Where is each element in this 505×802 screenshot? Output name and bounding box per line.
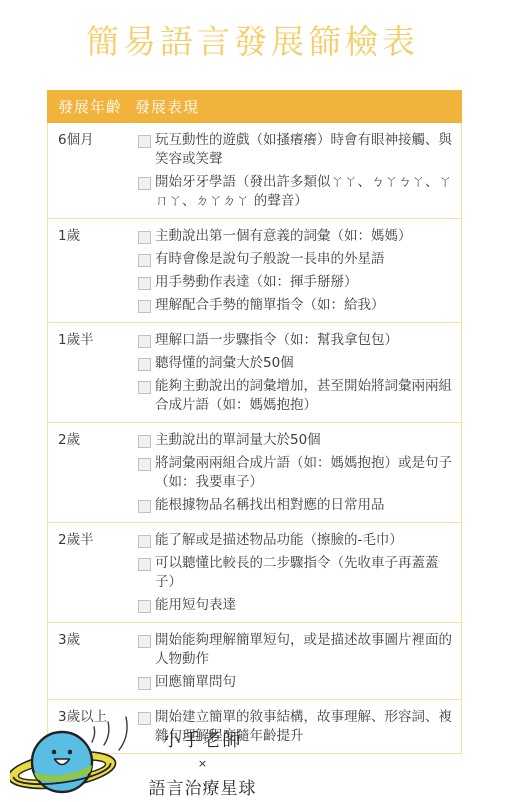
checkbox-icon[interactable] xyxy=(138,600,151,613)
header-age-label: 發展年齡 xyxy=(47,96,135,117)
milestone-text: 開始能夠理解簡單短句，或是描述故事圖片裡面的人物動作 xyxy=(155,631,452,669)
milestones-cell: 能了解或是描述物品功能（擦臉的-毛巾） 可以聽懂比較長的二步驟指令（先收車子再蓋… xyxy=(136,528,461,615)
page-title: 簡易語言發展篩檢表 xyxy=(0,16,505,63)
header-performance-label: 發展表現 xyxy=(135,96,462,117)
table-body: 6個月 玩互動性的遊戲（如搔癢癢）時會有眼神接觸、與笑容或笑聲 開始牙牙學語（發… xyxy=(47,123,462,754)
checkbox-icon[interactable] xyxy=(138,135,151,148)
milestone-text: 聽得懂的詞彙大於50個 xyxy=(155,354,294,373)
table-row: 6個月 玩互動性的遊戲（如搔癢癢）時會有眼神接觸、與笑容或笑聲 開始牙牙學語（發… xyxy=(48,123,461,218)
screening-table: 發展年齡 發展表現 6個月 玩互動性的遊戲（如搔癢癢）時會有眼神接觸、與笑容或笑… xyxy=(47,90,462,754)
milestone-item: 理解口語一步驟指令（如：幫我拿包包） xyxy=(136,331,452,350)
checkbox-icon[interactable] xyxy=(138,277,151,290)
checkbox-icon[interactable] xyxy=(138,254,151,267)
milestone-item: 開始能夠理解簡單短句，或是描述故事圖片裡面的人物動作 xyxy=(136,631,452,669)
milestone-text: 能了解或是描述物品功能（擦臉的-毛巾） xyxy=(155,531,403,550)
milestones-cell: 理解口語一步驟指令（如：幫我拿包包） 聽得懂的詞彙大於50個 能夠主動說出的詞彙… xyxy=(136,328,461,415)
milestone-text: 開始牙牙學語（發出許多類似ㄚㄚ、ㄅㄚㄅㄚ、ㄚㄇㄚ、ㄉㄚㄉㄚ 的聲音） xyxy=(155,173,452,211)
table-row: 1歲 主動說出第一個有意義的詞彙（如：媽媽） 有時會像是說句子般說一長串的外星語… xyxy=(48,218,461,322)
checkbox-icon[interactable] xyxy=(138,558,151,571)
milestone-text: 能根據物品名稱找出相對應的日常用品 xyxy=(155,496,385,515)
milestone-item: 有時會像是說句子般說一長串的外星語 xyxy=(136,250,452,269)
planet-icon xyxy=(10,712,145,802)
milestone-text: 能夠主動說出的詞彙增加，甚至開始將詞彙兩兩組合成片語（如：媽媽抱抱） xyxy=(155,377,452,415)
table-header: 發展年齡 發展表現 xyxy=(47,90,462,123)
table-row: 2歲 主動說出的單詞量大於50個 將詞彙兩兩組合成片語（如：媽媽抱抱）或是句子（… xyxy=(48,422,461,522)
table-row: 1歲半 理解口語一步驟指令（如：幫我拿包包） 聽得懂的詞彙大於50個 能夠主動說… xyxy=(48,322,461,422)
milestone-item: 理解配合手勢的簡單指令（如：給我） xyxy=(136,296,452,315)
milestone-text: 可以聽懂比較長的二步驟指令（先收車子再蓋蓋子） xyxy=(155,554,452,592)
page: 簡易語言發展篩檢表 發展年齡 發展表現 6個月 玩互動性的遊戲（如搔癢癢）時會有… xyxy=(0,0,505,802)
milestone-text: 有時會像是說句子般說一長串的外星語 xyxy=(155,250,385,269)
checkbox-icon[interactable] xyxy=(138,177,151,190)
age-cell: 6個月 xyxy=(48,128,136,211)
checkbox-icon[interactable] xyxy=(138,500,151,513)
checkbox-icon[interactable] xyxy=(138,635,151,648)
milestone-text: 玩互動性的遊戲（如搔癢癢）時會有眼神接觸、與笑容或笑聲 xyxy=(155,131,452,169)
milestone-text: 回應簡單問句 xyxy=(155,673,236,692)
motion-lines-icon xyxy=(92,717,127,750)
brand-multiply-sign: × xyxy=(140,757,265,770)
brand-text: 小手老師 × 語言治療星球 xyxy=(140,726,265,799)
milestone-item: 能夠主動說出的詞彙增加，甚至開始將詞彙兩兩組合成片語（如：媽媽抱抱） xyxy=(136,377,452,415)
checkbox-icon[interactable] xyxy=(138,358,151,371)
milestone-item: 聽得懂的詞彙大於50個 xyxy=(136,354,452,373)
age-cell: 2歲 xyxy=(48,428,136,515)
footer-brand: 小手老師 × 語言治療星球 xyxy=(0,706,505,802)
checkbox-icon[interactable] xyxy=(138,300,151,313)
milestones-cell: 主動說出第一個有意義的詞彙（如：媽媽） 有時會像是說句子般說一長串的外星語 用手… xyxy=(136,224,461,315)
age-cell: 3歲 xyxy=(48,628,136,692)
milestone-item: 主動說出第一個有意義的詞彙（如：媽媽） xyxy=(136,227,452,246)
age-cell: 1歲半 xyxy=(48,328,136,415)
milestone-text: 主動說出第一個有意義的詞彙（如：媽媽） xyxy=(155,227,412,246)
checkbox-icon[interactable] xyxy=(138,335,151,348)
milestone-text: 理解口語一步驟指令（如：幫我拿包包） xyxy=(155,331,398,350)
checkbox-icon[interactable] xyxy=(138,458,151,471)
milestone-text: 理解配合手勢的簡單指令（如：給我） xyxy=(155,296,385,315)
milestone-text: 能用短句表達 xyxy=(155,596,236,615)
milestone-item: 主動說出的單詞量大於50個 xyxy=(136,431,452,450)
milestones-cell: 玩互動性的遊戲（如搔癢癢）時會有眼神接觸、與笑容或笑聲 開始牙牙學語（發出許多類… xyxy=(136,128,461,211)
checkbox-icon[interactable] xyxy=(138,535,151,548)
brand-name-bottom: 語言治療星球 xyxy=(140,774,265,799)
milestone-item: 玩互動性的遊戲（如搔癢癢）時會有眼神接觸、與笑容或笑聲 xyxy=(136,131,452,169)
milestone-item: 可以聽懂比較長的二步驟指令（先收車子再蓋蓋子） xyxy=(136,554,452,592)
milestone-text: 用手勢動作表達（如：揮手掰掰） xyxy=(155,273,358,292)
milestone-item: 將詞彙兩兩組合成片語（如：媽媽抱抱）或是句子（如：我要車子） xyxy=(136,454,452,492)
milestone-text: 將詞彙兩兩組合成片語（如：媽媽抱抱）或是句子（如：我要車子） xyxy=(155,454,452,492)
milestone-item: 能用短句表達 xyxy=(136,596,452,615)
checkbox-icon[interactable] xyxy=(138,435,151,448)
milestone-text: 主動說出的單詞量大於50個 xyxy=(155,431,321,450)
milestone-item: 用手勢動作表達（如：揮手掰掰） xyxy=(136,273,452,292)
milestone-item: 開始牙牙學語（發出許多類似ㄚㄚ、ㄅㄚㄅㄚ、ㄚㄇㄚ、ㄉㄚㄉㄚ 的聲音） xyxy=(136,173,452,211)
table-row: 2歲半 能了解或是描述物品功能（擦臉的-毛巾） 可以聽懂比較長的二步驟指令（先收… xyxy=(48,522,461,622)
checkbox-icon[interactable] xyxy=(138,231,151,244)
milestone-item: 回應簡單問句 xyxy=(136,673,452,692)
milestones-cell: 開始能夠理解簡單短句，或是描述故事圖片裡面的人物動作 回應簡單問句 xyxy=(136,628,461,692)
table-row: 3歲 開始能夠理解簡單短句，或是描述故事圖片裡面的人物動作 回應簡單問句 xyxy=(48,622,461,699)
age-cell: 1歲 xyxy=(48,224,136,315)
milestone-item: 能了解或是描述物品功能（擦臉的-毛巾） xyxy=(136,531,452,550)
checkbox-icon[interactable] xyxy=(138,381,151,394)
age-cell: 2歲半 xyxy=(48,528,136,615)
brand-name-top: 小手老師 xyxy=(140,726,265,752)
checkbox-icon[interactable] xyxy=(138,677,151,690)
milestone-item: 能根據物品名稱找出相對應的日常用品 xyxy=(136,496,452,515)
milestones-cell: 主動說出的單詞量大於50個 將詞彙兩兩組合成片語（如：媽媽抱抱）或是句子（如：我… xyxy=(136,428,461,515)
